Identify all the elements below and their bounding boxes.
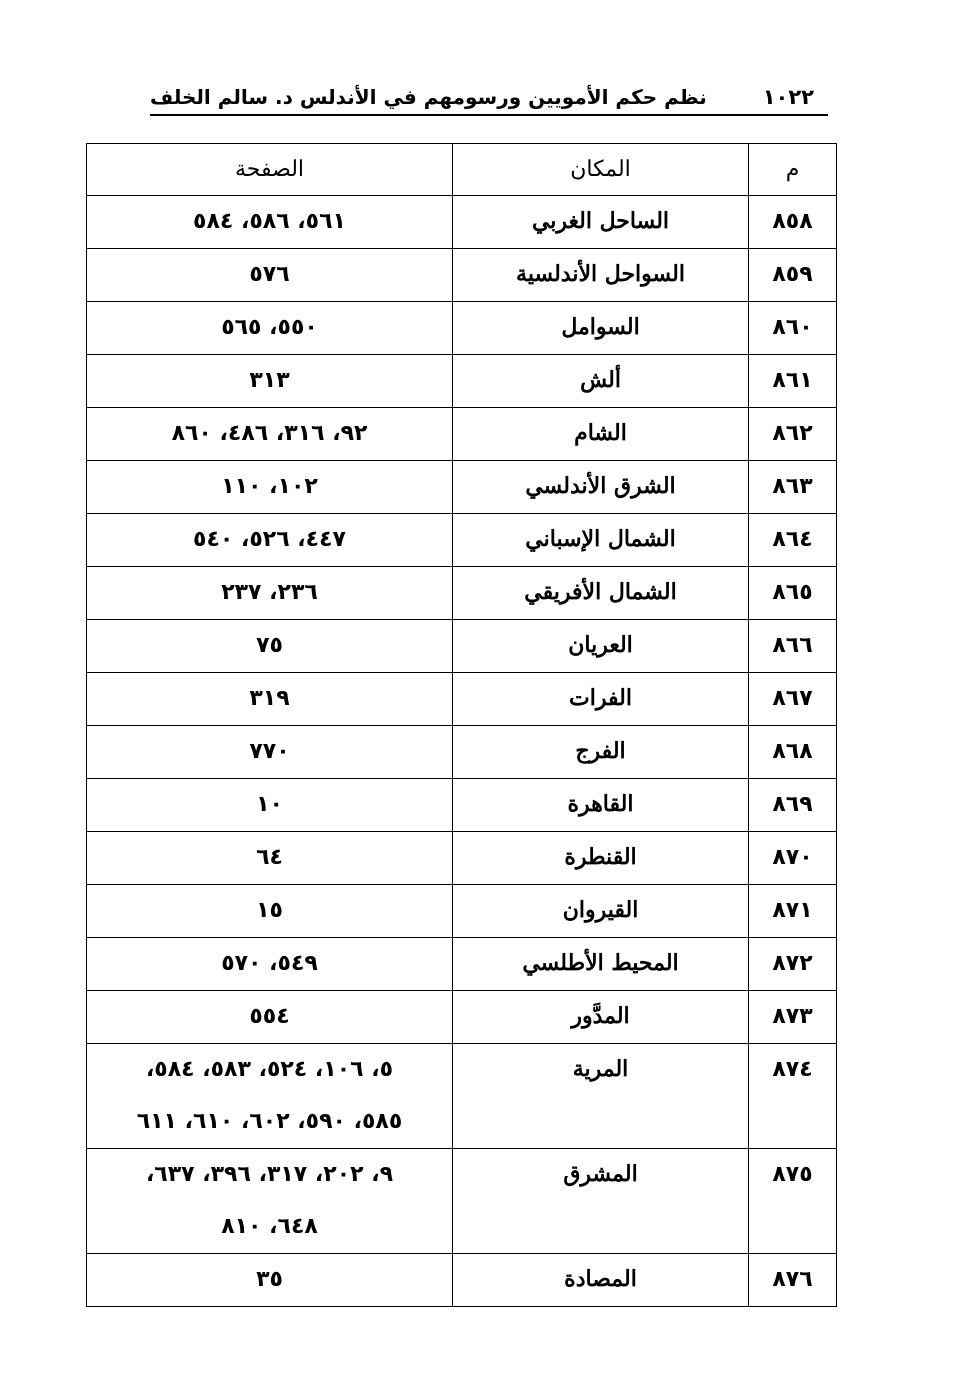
place-name: ألش — [453, 355, 749, 408]
page-reference-line: ٣٥ — [87, 1254, 452, 1306]
entry-number: ٨٧٦ — [749, 1254, 837, 1307]
entry-number: ٨٧٠ — [749, 832, 837, 885]
table-row: ٨٧٢المحيط الأطلسي٥٤٩، ٥٧٠ — [87, 938, 837, 991]
page-references: ١٠٢، ١١٠ — [87, 461, 453, 514]
table-row: ٨٦١ألش٣١٣ — [87, 355, 837, 408]
table-row: ٨٦٨الفرج٧٧٠ — [87, 726, 837, 779]
page-reference-line: ١٠٢، ١١٠ — [87, 461, 452, 513]
page-reference-line: ٩٢، ٣١٦، ٤٨٦، ٨٦٠ — [87, 408, 452, 460]
entry-number: ٨٧٣ — [749, 991, 837, 1044]
header-place: المكان — [453, 144, 749, 196]
entry-number: ٨٦٥ — [749, 567, 837, 620]
place-name: العريان — [453, 620, 749, 673]
table-row: ٨٧٥المشرق٩، ٢٠٢، ٣١٧، ٣٩٦، ٦٣٧،٦٤٨، ٨١٠ — [87, 1149, 837, 1254]
place-name: المشرق — [453, 1149, 749, 1254]
page-reference-line: ٥٥٤ — [87, 991, 452, 1043]
place-name: الفرات — [453, 673, 749, 726]
table-row: ٨٦٠السوامل٥٥٠، ٥٦٥ — [87, 302, 837, 355]
entry-number: ٨٥٩ — [749, 249, 837, 302]
page-reference-line: ٥٥٠، ٥٦٥ — [87, 302, 452, 354]
running-head: ١٠٢٢ نظم حكم الأمويين ورسومهم في الأندلس… — [150, 80, 828, 114]
place-name: القيروان — [453, 885, 749, 938]
table-row: ٨٧٦المصادة٣٥ — [87, 1254, 837, 1307]
header-pages: الصفحة — [87, 144, 453, 196]
place-name: الفرج — [453, 726, 749, 779]
page-references: ٣٥ — [87, 1254, 453, 1307]
entry-number: ٨٦٩ — [749, 779, 837, 832]
place-name: الشام — [453, 408, 749, 461]
page-reference-line: ٥٨٥، ٥٩٠، ٦٠٢، ٦١٠، ٦١١ — [87, 1096, 452, 1148]
page-references: ١٠ — [87, 779, 453, 832]
entry-number: ٨٦٣ — [749, 461, 837, 514]
table-row: ٨٧١القيروان١٥ — [87, 885, 837, 938]
entry-number: ٨٦١ — [749, 355, 837, 408]
header-place-label: المكان — [570, 157, 631, 182]
page-references: ٢٣٦، ٢٣٧ — [87, 567, 453, 620]
table-row: ٨٧٤المرية٥، ١٠٦، ٥٢٤، ٥٨٣، ٥٨٤،٥٨٥، ٥٩٠،… — [87, 1044, 837, 1149]
header-number-label: م — [786, 157, 800, 182]
entry-number: ٨٦٢ — [749, 408, 837, 461]
page-references: ٩٢، ٣١٦، ٤٨٦، ٨٦٠ — [87, 408, 453, 461]
page-reference-line: ٢٣٦، ٢٣٧ — [87, 567, 452, 619]
entry-number: ٨٦٨ — [749, 726, 837, 779]
page-references: ٣١٩ — [87, 673, 453, 726]
page-number: ١٠٢٢ — [763, 85, 814, 109]
table-row: ٨٧٠القنطرة٦٤ — [87, 832, 837, 885]
place-name: المرية — [453, 1044, 749, 1149]
place-name: القنطرة — [453, 832, 749, 885]
page-references: ٦٤ — [87, 832, 453, 885]
page-references: ٧٧٠ — [87, 726, 453, 779]
place-name: المدَّور — [453, 991, 749, 1044]
entry-number: ٨٦٠ — [749, 302, 837, 355]
page-reference-line: ٥٦١، ٥٨٦، ٥٨٤ — [87, 196, 452, 248]
place-name: القاهرة — [453, 779, 749, 832]
page-reference-line: ٩، ٢٠٢، ٣١٧، ٣٩٦، ٦٣٧، — [87, 1149, 452, 1201]
page-reference-line: ٤٤٧، ٥٢٦، ٥٤٠ — [87, 514, 452, 566]
entry-number: ٨٧٢ — [749, 938, 837, 991]
table-row: ٨٦٦العريان٧٥ — [87, 620, 837, 673]
table-row: ٨٦٥الشمال الأفريقي٢٣٦، ٢٣٧ — [87, 567, 837, 620]
page-references: ٥٧٦ — [87, 249, 453, 302]
place-name: السواحل الأندلسية — [453, 249, 749, 302]
table-row: ٨٦٣الشرق الأندلسي١٠٢، ١١٠ — [87, 461, 837, 514]
table-row: ٨٥٨الساحل الغربي٥٦١، ٥٨٦، ٥٨٤ — [87, 196, 837, 249]
table-body: ٨٥٨الساحل الغربي٥٦١، ٥٨٦، ٥٨٤٨٥٩السواحل … — [87, 196, 837, 1307]
book-title: نظم حكم الأمويين ورسومهم في الأندلس د. س… — [150, 85, 707, 109]
header-number: م — [749, 144, 837, 196]
page-reference-line: ١٠ — [87, 779, 452, 831]
entry-number: ٨٦٤ — [749, 514, 837, 567]
place-name: الشرق الأندلسي — [453, 461, 749, 514]
table-row: ٨٦٤الشمال الإسباني٤٤٧، ٥٢٦، ٥٤٠ — [87, 514, 837, 567]
page-reference-line: ٧٥ — [87, 620, 452, 672]
table-row: ٨٧٣المدَّور٥٥٤ — [87, 991, 837, 1044]
header-rule — [150, 114, 828, 116]
entry-number: ٨٧١ — [749, 885, 837, 938]
page-references: ٥، ١٠٦، ٥٢٤، ٥٨٣، ٥٨٤،٥٨٥، ٥٩٠، ٦٠٢، ٦١٠… — [87, 1044, 453, 1149]
table-row: ٨٦٢الشام٩٢، ٣١٦، ٤٨٦، ٨٦٠ — [87, 408, 837, 461]
page-reference-line: ٦٤٨، ٨١٠ — [87, 1201, 452, 1253]
page-references: ٧٥ — [87, 620, 453, 673]
entry-number: ٨٧٥ — [749, 1149, 837, 1254]
page-references: ٥٥٤ — [87, 991, 453, 1044]
page-references: ٥٥٠، ٥٦٥ — [87, 302, 453, 355]
table-row: ٨٦٧الفرات٣١٩ — [87, 673, 837, 726]
places-index-table: م المكان الصفحة ٨٥٨الساحل الغربي٥٦١، ٥٨٦… — [86, 143, 837, 1307]
page-references: ٣١٣ — [87, 355, 453, 408]
table-header-row: م المكان الصفحة — [87, 144, 837, 196]
place-name: الشمال الأفريقي — [453, 567, 749, 620]
page-reference-line: ٦٤ — [87, 832, 452, 884]
page-references: ٥٤٩، ٥٧٠ — [87, 938, 453, 991]
page-reference-line: ٣١٩ — [87, 673, 452, 725]
entry-number: ٨٧٤ — [749, 1044, 837, 1149]
page-references: ٥٦١، ٥٨٦، ٥٨٤ — [87, 196, 453, 249]
place-name: الشمال الإسباني — [453, 514, 749, 567]
place-name: المحيط الأطلسي — [453, 938, 749, 991]
place-name: الساحل الغربي — [453, 196, 749, 249]
header-pages-label: الصفحة — [235, 157, 304, 182]
page-reference-line: ٣١٣ — [87, 355, 452, 407]
page-reference-line: ٥٧٦ — [87, 249, 452, 301]
place-name: السوامل — [453, 302, 749, 355]
page-reference-line: ٥، ١٠٦، ٥٢٤، ٥٨٣، ٥٨٤، — [87, 1044, 452, 1096]
page-reference-line: ٧٧٠ — [87, 726, 452, 778]
page-references: ٤٤٧، ٥٢٦، ٥٤٠ — [87, 514, 453, 567]
page-references: ١٥ — [87, 885, 453, 938]
page-reference-line: ١٥ — [87, 885, 452, 937]
page-references: ٩، ٢٠٢، ٣١٧، ٣٩٦، ٦٣٧،٦٤٨، ٨١٠ — [87, 1149, 453, 1254]
table-row: ٨٦٩القاهرة١٠ — [87, 779, 837, 832]
page-reference-line: ٥٤٩، ٥٧٠ — [87, 938, 452, 990]
table-row: ٨٥٩السواحل الأندلسية٥٧٦ — [87, 249, 837, 302]
entry-number: ٨٥٨ — [749, 196, 837, 249]
place-name: المصادة — [453, 1254, 749, 1307]
entry-number: ٨٦٦ — [749, 620, 837, 673]
entry-number: ٨٦٧ — [749, 673, 837, 726]
